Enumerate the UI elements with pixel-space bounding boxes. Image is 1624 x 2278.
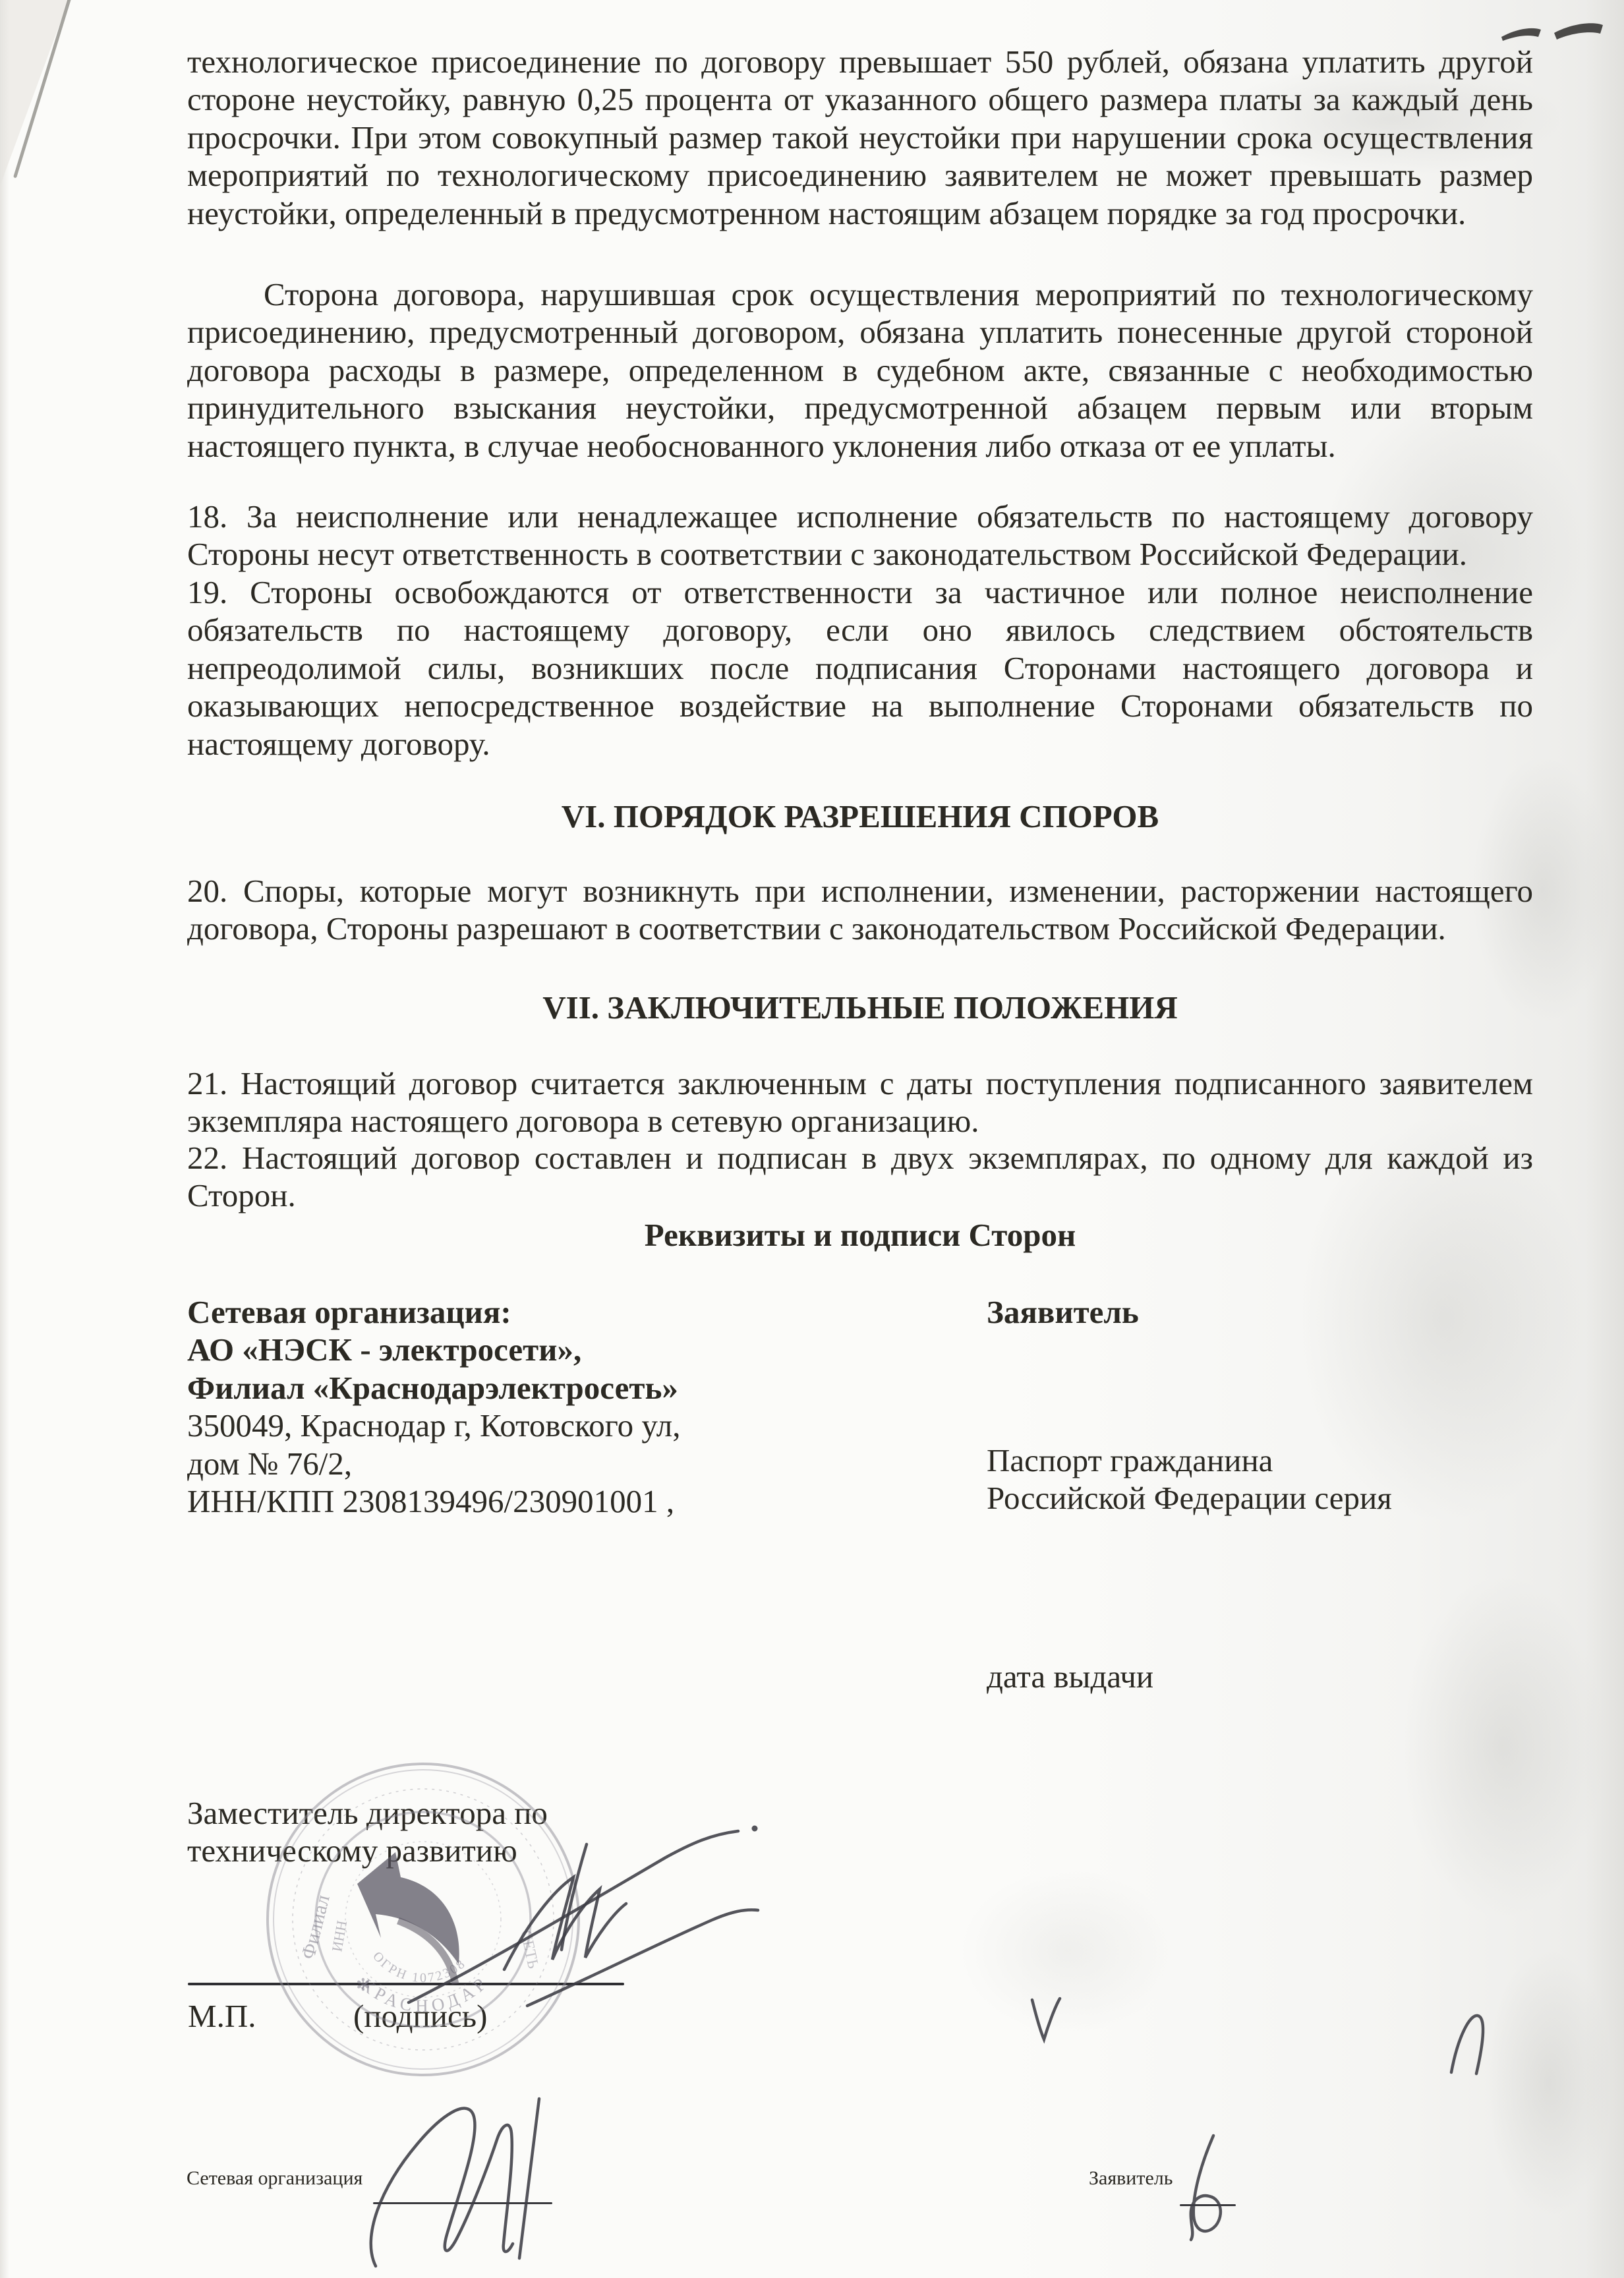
applicant-issue-date-label: дата выдачи (987, 1658, 1153, 1695)
applicant-passport-line1: Паспорт гражданина (987, 1442, 1488, 1479)
applicant-signature (1163, 2128, 1249, 2244)
scan-corner-fold (0, 0, 74, 191)
director-signature (369, 1805, 791, 2022)
network-org-requisites: Сетевая организация: АО «НЭСК - электрос… (187, 1293, 945, 1520)
paragraph-clause-22: 22. Настоящий договор составлен и подпис… (187, 1139, 1533, 1215)
paragraph-clause-21: 21. Настоящий договор считается заключен… (187, 1065, 1533, 1140)
stamp-filial-text: Филиал (297, 1892, 334, 1961)
paragraph-penalty-continuation: технологическое присоединение по договор… (187, 43, 1533, 232)
network-org-branch: Филиал «Краснодарэлектросеть» (187, 1369, 945, 1407)
network-org-label: Сетевая организация: (187, 1293, 945, 1331)
scanned-contract-page: технологическое присоединение по договор… (0, 0, 1624, 2278)
pen-checkmark-icon (1027, 1996, 1064, 2047)
paragraph-clause-19: 19. Стороны освобождаются от ответственн… (187, 573, 1533, 763)
scan-left-edge-shadow (0, 0, 9, 2278)
noise-blob (956, 1865, 1180, 2037)
applicant-passport: Паспорт гражданина Российской Федерации … (987, 1442, 1488, 1517)
requisites-heading: Реквизиты и подписи Сторон (187, 1216, 1533, 1254)
network-org-company: АО «НЭСК - электросети», (187, 1331, 945, 1368)
applicant-label: Заявитель (987, 1293, 1139, 1331)
footer-applicant-label: Заявитель (1089, 2165, 1173, 2192)
network-org-address-1: 350049, Краснодар г, Котовского ул, (187, 1407, 945, 1444)
scan-right-edge-shadow (1584, 0, 1624, 2278)
paragraph-clause-20: 20. Споры, которые могут возникнуть при … (187, 872, 1533, 948)
stamp-inn-text: ИНН (328, 1919, 350, 1952)
applicant-passport-line2: Российской Федерации серия (987, 1479, 1488, 1517)
stamp-place-label: М.П. (188, 1997, 256, 2035)
section-heading-final-provisions: VII. ЗАКЛЮЧИТЕЛЬНЫЕ ПОЛОЖЕНИЯ (187, 989, 1533, 1026)
section-heading-disputes: VI. ПОРЯДОК РАЗРЕШЕНИЯ СПОРОВ (187, 798, 1533, 835)
network-org-address-2: дом № 76/2, (187, 1445, 945, 1482)
network-org-signature (330, 2088, 633, 2277)
pen-stroke-icon (1447, 2010, 1493, 2076)
paragraph-breaching-party: Сторона договора, нарушившая срок осущес… (187, 276, 1533, 465)
noise-blob (1483, 1944, 1615, 2221)
paragraph-clause-18: 18. За неисполнение или ненадлежащее исп… (187, 498, 1533, 573)
network-org-inn-kpp: ИНН/КПП 2308139496/230901001 , (187, 1482, 945, 1520)
noise-blob (1397, 1569, 1608, 1925)
stamp-star-icon: ✻ (356, 1975, 370, 1995)
